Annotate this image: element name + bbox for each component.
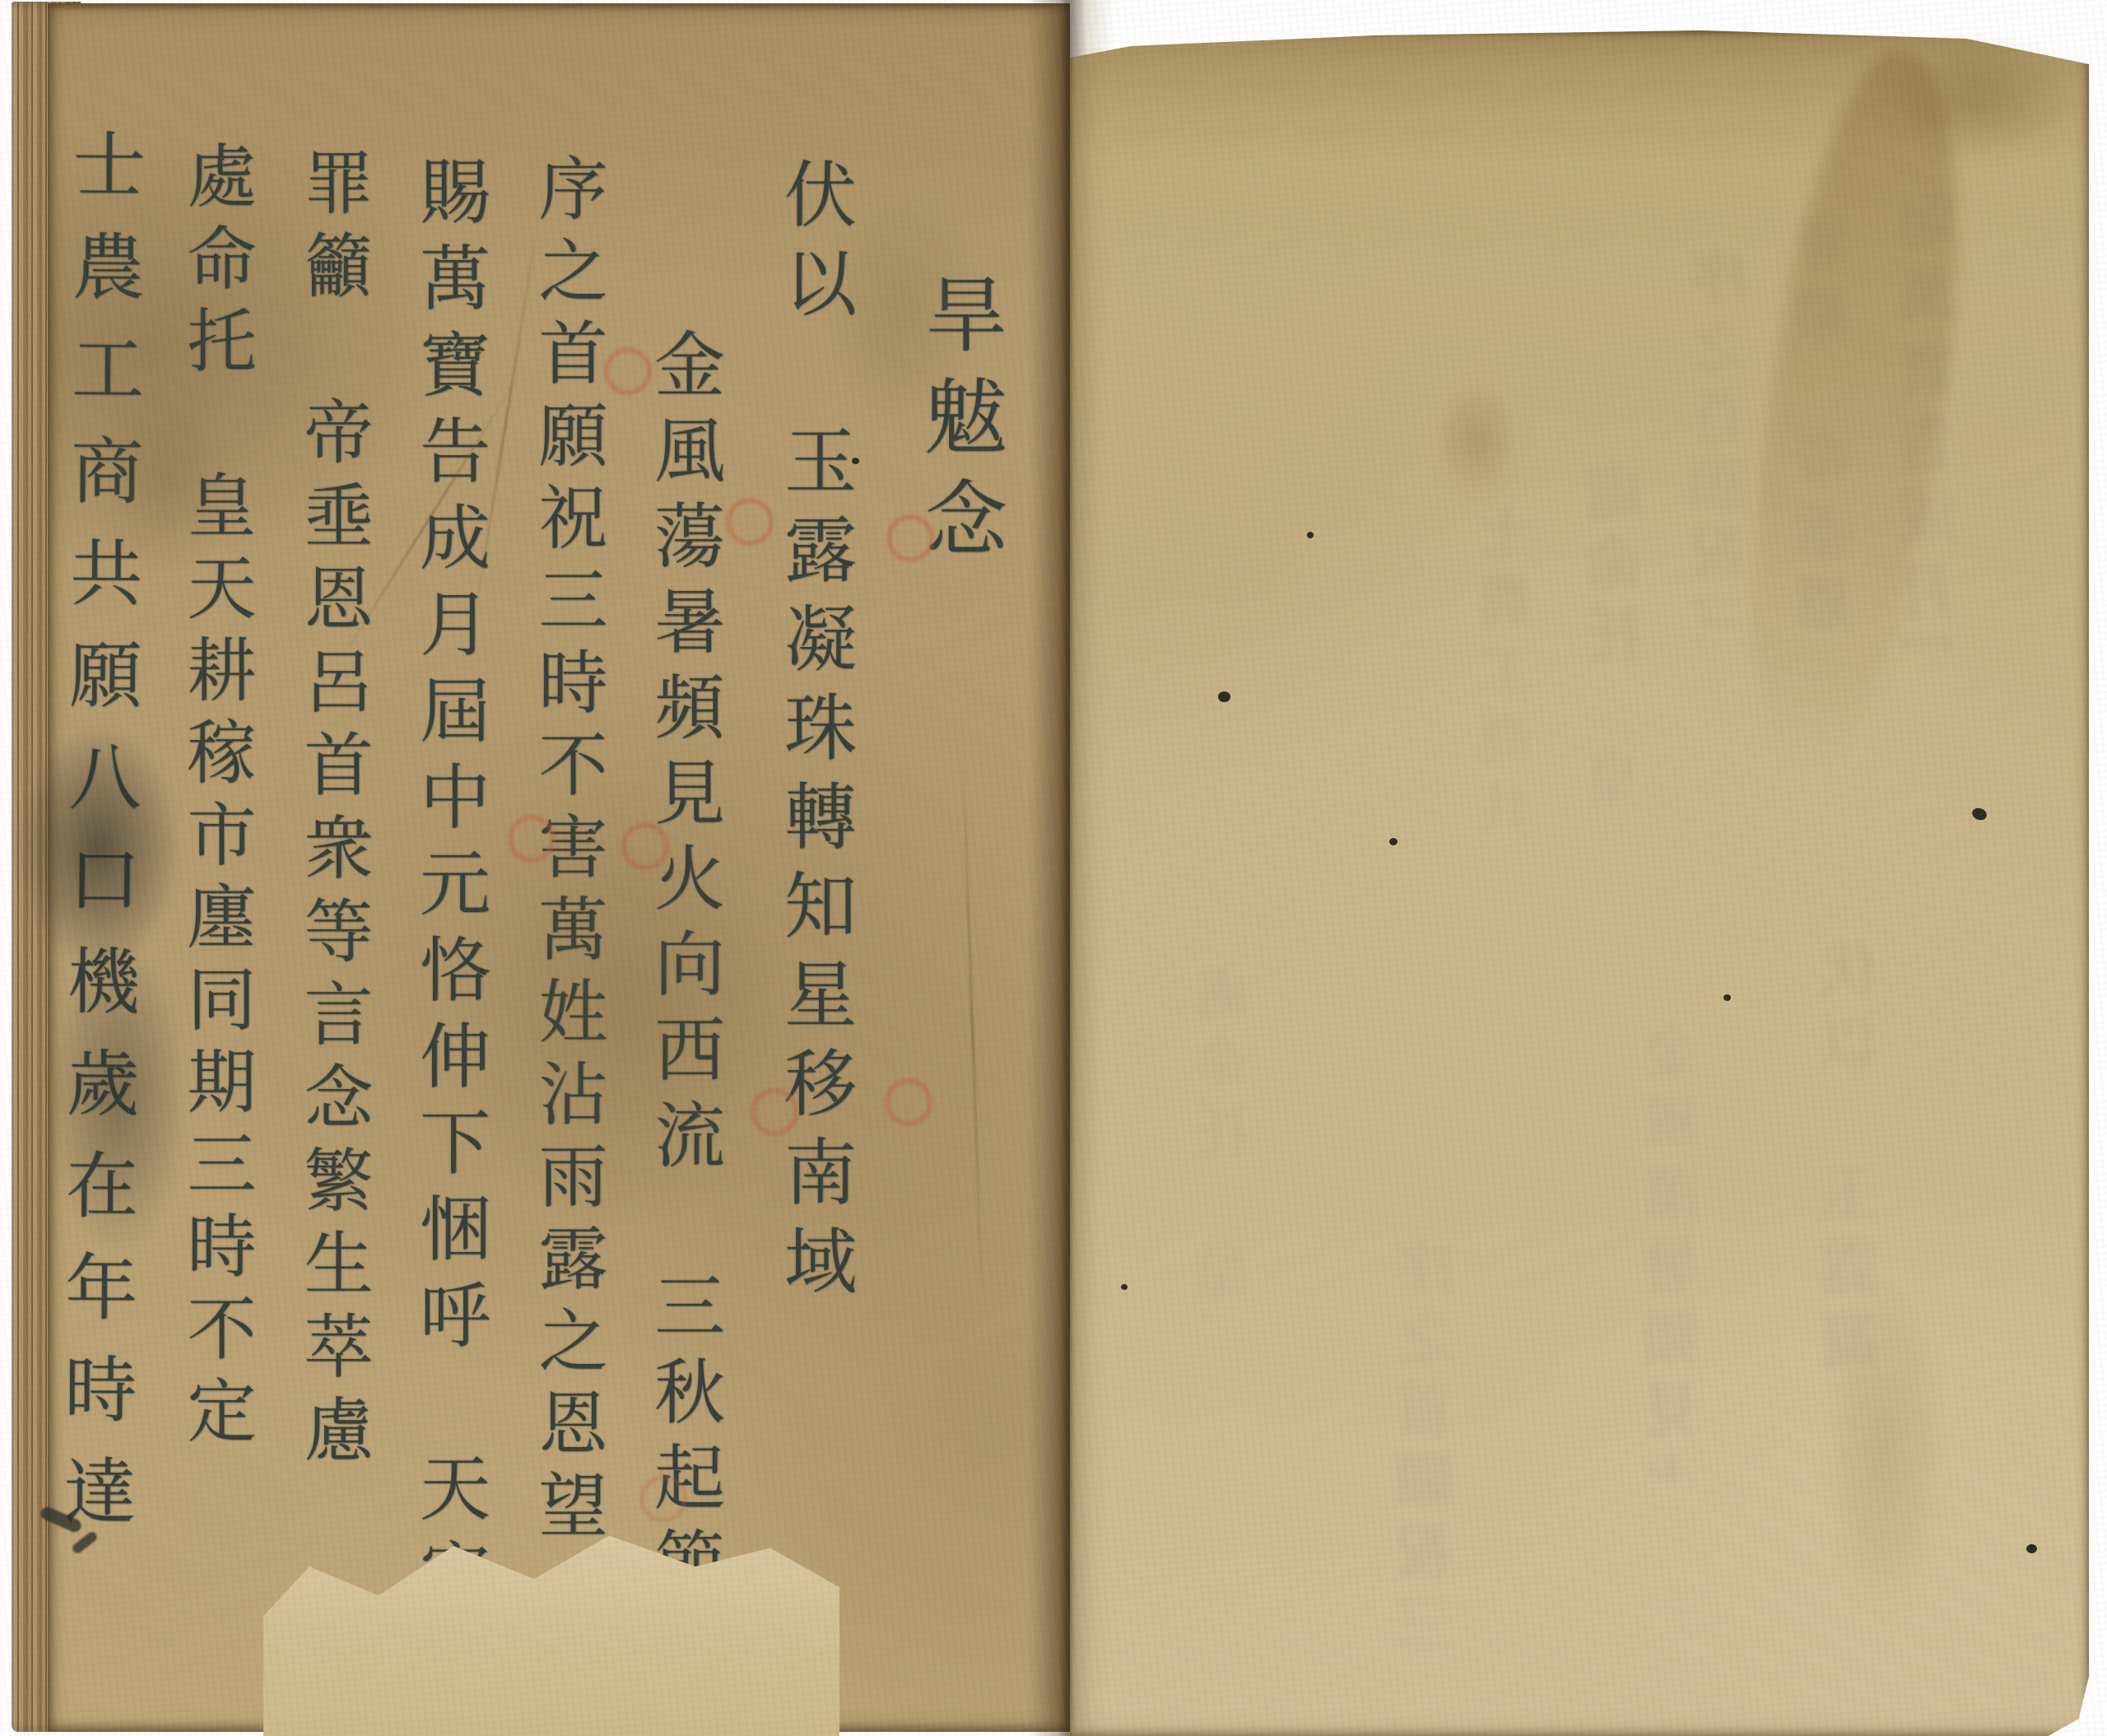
bleed-through-text: 處命托 皇天耕稼市廛同期三時不定	[1588, 461, 1648, 815]
text-column-5: 罪籲 帝埀恩呂首衆等言念繁生萃慮	[299, 147, 368, 1477]
vermilion-circle-mark	[604, 347, 652, 395]
vermilion-circle-mark	[885, 1078, 933, 1126]
speck	[2026, 1544, 2037, 1553]
text-column-4: 賜萬寶告成月屆中元恪伸下悃呼 天宰	[413, 155, 484, 1624]
damp-stain	[1432, 379, 1523, 502]
bleed-through-text: 序之首願祝三時不害萬姓沾雨露之恩望	[1694, 247, 1751, 642]
ink-blot	[16, 724, 181, 971]
bleed-through-text: 金風蕩暑頻見火向西流 三秋起節	[1646, 1021, 1705, 1482]
vermilion-circle-mark	[726, 498, 774, 546]
damp-stain	[461, 782, 782, 1226]
speck	[1389, 838, 1398, 845]
text-column-6: 處命托 皇天耕稼市廛同期三時不定	[182, 140, 251, 1457]
vermilion-circle-mark	[886, 514, 934, 562]
speck	[1218, 691, 1230, 702]
bleed-through-text: 處命托 皇天耕稼市廛同期三時不定	[1198, 963, 1255, 1317]
manuscript-scan: 賜萬寶告成月屆中元恪伸下悃呼 天宰 罪籲 帝埀恩呂首衆等言念繁生萃慮 序之首願祝…	[0, 0, 2107, 1736]
speck	[1307, 532, 1314, 538]
speck	[1121, 1284, 1128, 1290]
damp-stain	[823, 198, 979, 428]
ink-blot	[48, 938, 188, 1251]
bleed-through-text: 士農工商共願八口機歲在年時達	[1481, 502, 1539, 848]
bleed-through-text: 序之首願祝三時不害萬姓沾雨露之恩望	[1399, 1235, 1458, 1663]
vermilion-circle-mark	[640, 1475, 687, 1523]
speck	[1723, 994, 1731, 1001]
damp-stain	[99, 387, 230, 568]
speck	[852, 458, 859, 464]
water-stain	[1877, 36, 2074, 160]
damp-stain	[1819, 1284, 1951, 1630]
